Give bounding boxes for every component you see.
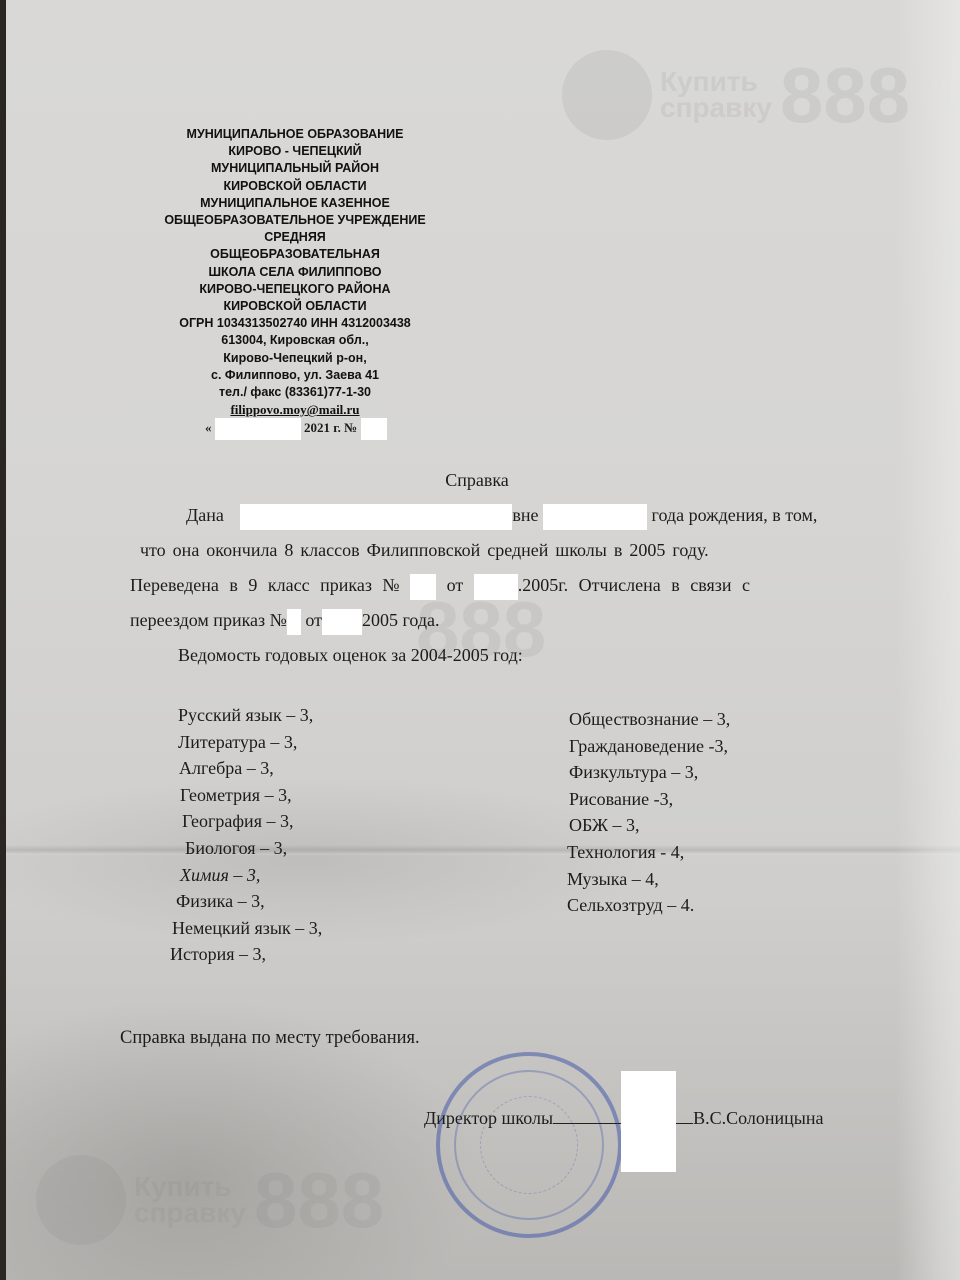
grade-item: Граждановедение -3,: [567, 733, 730, 760]
letterhead-line: ШКОЛА СЕЛА ФИЛИППОВО: [150, 264, 440, 281]
grade-item: География – 3,: [170, 808, 322, 835]
watermark-number: 888: [780, 56, 910, 134]
grade-item: Сельхозтруд – 4.: [567, 892, 730, 919]
letterhead-line: КИРОВО - ЧЕПЕЦКИЙ: [150, 143, 440, 160]
watermark-line2: справку: [134, 1200, 246, 1226]
letterhead-line: МУНИЦИПАЛЬНЫЙ РАЙОН: [150, 160, 440, 177]
grade-item: Химия – 3,: [170, 862, 322, 889]
redacted-order-number: [410, 574, 436, 600]
grade-item: Немецкий язык – 3,: [170, 915, 322, 942]
letterhead-address: с. Филиппово, ул. Заева 41: [150, 367, 440, 384]
letterhead-line: СРЕДНЯЯ: [150, 229, 440, 246]
certificate-body: Дана вне года рождения, в том, что она о…: [130, 498, 846, 673]
body-line-2: что она окончила 8 классов Филипповской …: [130, 533, 846, 568]
watermark-number: 888: [254, 1161, 384, 1239]
watermark-line2: справку: [660, 95, 772, 121]
redacted-date: [215, 418, 301, 440]
document-date-line: « 2021 г. №: [205, 418, 387, 440]
grade-item: Биологоя – 3,: [170, 835, 322, 862]
grade-item: Русский язык – 3,: [170, 702, 322, 729]
letterhead-line: МУНИЦИПАЛЬНОЕ КАЗЕННОЕ: [150, 195, 440, 212]
official-stamp-icon: [436, 1052, 622, 1238]
paper-edge: [896, 0, 960, 1280]
letterhead-phone: тел./ факс (83361)77-1-30: [150, 384, 440, 401]
redacted-order-date: [322, 609, 362, 635]
grade-item: Геометрия – 3,: [170, 782, 322, 809]
redacted-full-name: [240, 504, 512, 530]
watermark-top: Купить справку 888: [562, 50, 910, 140]
issued-for-note: Справка выдана по месту требования.: [120, 1028, 420, 1049]
grade-item: Музыка – 4,: [567, 866, 730, 893]
letterhead-address: 613004, Кировская обл.,: [150, 332, 440, 349]
grades-heading: Ведомость годовых оценок за 2004-2005 го…: [130, 638, 846, 673]
body-line-3: Переведена в 9 класс приказ № от .2005г.…: [130, 568, 846, 603]
redacted-number: [361, 418, 387, 440]
body-line-1: Дана вне года рождения, в том,: [130, 498, 846, 533]
grades-list-left: Русский язык – 3, Литература – 3, Алгебр…: [170, 702, 322, 968]
signer-name: В.С.Солоницына: [693, 1108, 823, 1128]
letterhead-line: МУНИЦИПАЛЬНОЕ ОБРАЗОВАНИЕ: [150, 126, 440, 143]
date-quote: «: [205, 420, 212, 435]
grade-item: Рисование -3,: [567, 786, 730, 813]
grade-item: ОБЖ – 3,: [567, 812, 730, 839]
grade-item: Физика – 3,: [170, 888, 322, 915]
letterhead-line: ОБЩЕОБРАЗОВАТЕЛЬНАЯ: [150, 246, 440, 263]
grade-item: История – 3,: [170, 941, 322, 968]
redacted-order-number: [287, 609, 301, 635]
letterhead-ogrn-inn: ОГРН 1034313502740 ИНН 4312003438: [150, 315, 440, 332]
redacted-signature: [621, 1071, 676, 1172]
letterhead-line: ОБЩЕОБРАЗОВАТЕЛЬНОЕ УЧРЕЖДЕНИЕ: [150, 212, 440, 229]
letterhead-line: КИРОВСКОЙ ОБЛАСТИ: [150, 178, 440, 195]
grade-item: Обществознание – 3,: [567, 706, 730, 733]
grade-item: Литература – 3,: [170, 729, 322, 756]
redacted-birth-date: [543, 504, 647, 530]
date-year: 2021 г. №: [304, 420, 357, 435]
redacted-order-date: [474, 574, 518, 600]
grades-list-right: Обществознание – 3, Граждановедение -3, …: [567, 706, 730, 919]
watermark-logo-icon: [562, 50, 652, 140]
watermark-bottom: Купить справку 888: [36, 1155, 384, 1245]
document-title: Справка: [0, 470, 954, 491]
letterhead-address: Кирово-Чепецкий р-он,: [150, 350, 440, 367]
school-letterhead: МУНИЦИПАЛЬНОЕ ОБРАЗОВАНИЕ КИРОВО - ЧЕПЕЦ…: [150, 126, 440, 418]
letterhead-email: filippovo.moy@mail.ru: [150, 401, 440, 418]
grade-item: Технология - 4,: [567, 839, 730, 866]
body-line-4: переездом приказ № от2005 года.: [130, 603, 846, 638]
paper-fold: [6, 845, 960, 855]
signer-title: Директор школы: [424, 1108, 553, 1128]
letterhead-line: КИРОВСКОЙ ОБЛАСТИ: [150, 298, 440, 315]
grade-item: Алгебра – 3,: [170, 755, 322, 782]
watermark-logo-icon: [36, 1155, 126, 1245]
grade-item: Физкультура – 3,: [567, 759, 730, 786]
letterhead-line: КИРОВО-ЧЕПЕЦКОГО РАЙОНА: [150, 281, 440, 298]
